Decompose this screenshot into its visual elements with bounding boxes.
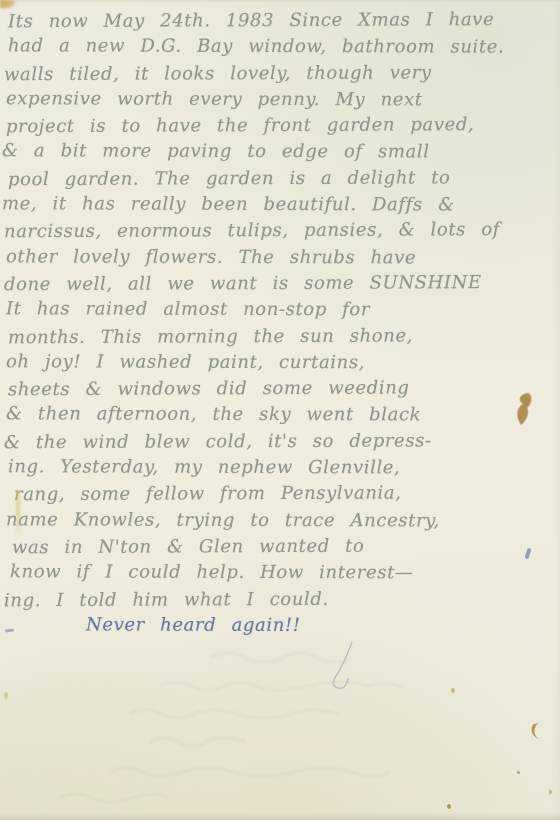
handwritten-line: sheets & windows did some weeding [8, 375, 556, 404]
handwritten-line: & then afternoon, the sky went black [6, 402, 556, 430]
handwritten-line: name Knowles, trying to trace Ancestry, [6, 507, 556, 535]
speck-stain [4, 692, 8, 699]
handwritten-line: other lovely flowers. The shrubs have [6, 244, 556, 272]
handwritten-line: & a bit more paving to edge of small [2, 139, 556, 167]
handwritten-line: had a new D.G. Bay window, bathroom suit… [8, 34, 556, 62]
speck-stain [447, 804, 451, 809]
handwritten-line: was in N'ton & Glen wanted to [12, 533, 556, 562]
paper-right-edge [554, 0, 560, 820]
handwritten-line: know if I could help. How interest— [10, 560, 556, 588]
handwritten-line-blue-ink: Never heard again!! [86, 612, 556, 640]
handwritten-line: me, it has really been beautiful. Daffs … [2, 191, 556, 219]
bleed-through-marks [0, 640, 560, 820]
speck-stain [549, 790, 552, 794]
paper-page: Its now May 24th. 1983 Since Xmas I have… [0, 0, 560, 820]
speck-stain [451, 688, 455, 693]
handwritten-line: narcissus, enormous tulips, pansies, & l… [4, 217, 556, 246]
handwritten-line: months. This morning the sun shone, [8, 322, 556, 351]
handwritten-line: Its now May 24th. 1983 Since Xmas I have [8, 7, 556, 36]
handwritten-line: pool garden. The garden is a delight to [8, 165, 556, 194]
paper-bottom-edge [0, 812, 560, 820]
handwritten-line: It has rained almost non-stop for [6, 297, 556, 325]
handwritten-line: ing. I told him what I could. [4, 585, 556, 614]
handwritten-line: rang, some fellow from Pensylvania, [14, 480, 556, 509]
speck-stain [517, 771, 520, 774]
handwritten-line: expensive worth every penny. My next [6, 86, 556, 114]
handwritten-line: walls tiled, it looks lovely, though ver… [4, 59, 556, 88]
crescent-stain-bottom-right [529, 722, 543, 740]
handwritten-line: oh joy! I washed paint, curtains, [6, 349, 556, 377]
handwritten-line: done well, all we want is some SUNSHINE [4, 270, 556, 299]
handwritten-line: project is to have the front garden pave… [6, 112, 556, 141]
handwritten-line: ing. Yesterday, my nephew Glenville, [8, 454, 556, 482]
handwriting-lines: Its now May 24th. 1983 Since Xmas I have… [8, 8, 556, 639]
paper-top-edge [0, 0, 560, 3]
handwritten-line: & the wind blew cold, it's so depress- [4, 428, 556, 457]
